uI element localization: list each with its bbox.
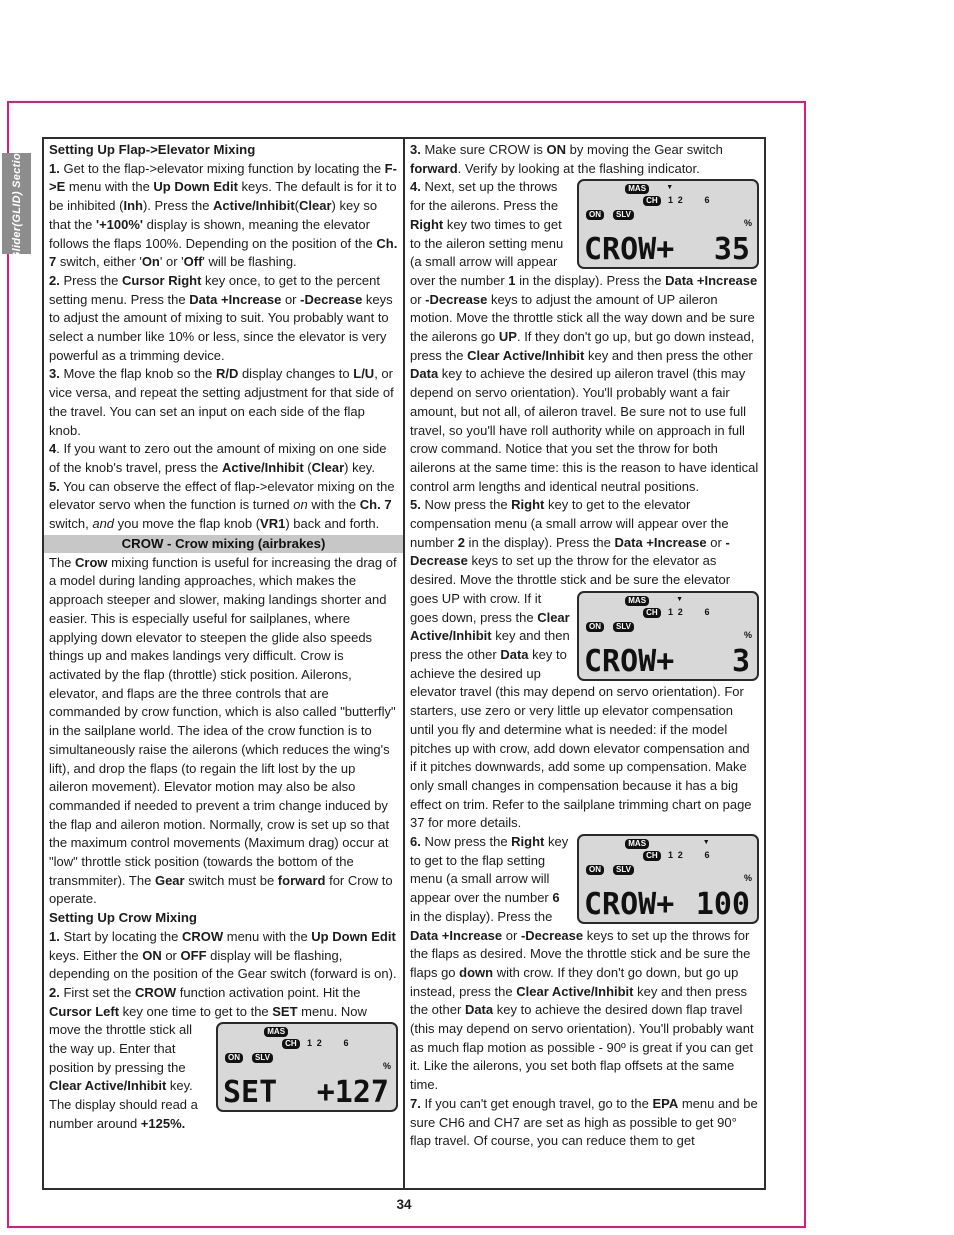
lcd-number: 35 xyxy=(714,235,750,265)
lcd-value: CROW+35 xyxy=(584,235,750,265)
manual-page: Glider(GLID) Section Setting Up Flap->El… xyxy=(0,0,954,1235)
lcd-number: 3 xyxy=(732,647,750,677)
paragraph: 3. Move the flap knob so the R/D display… xyxy=(49,365,398,440)
channel-number-1: 1 xyxy=(668,607,673,618)
slv-badge: SLV xyxy=(613,210,634,220)
paragraph: 2. Press the Cursor Right key once, to g… xyxy=(49,272,398,366)
on-badge: ON xyxy=(225,1053,243,1063)
channel-number-2: 2 xyxy=(317,1038,322,1049)
lcd-number: +127 xyxy=(317,1078,389,1108)
section-heading: Setting Up Crow Mixing xyxy=(49,909,398,928)
glider-section-tab-label: Glider(GLID) Section xyxy=(11,146,23,260)
lcd-display-crow-100: MASCH126ONSLV%▼CROW+100 xyxy=(577,834,759,924)
lcd-label: SET xyxy=(223,1078,277,1108)
lcd-value: CROW+100 xyxy=(584,890,750,920)
section-bar: CROW - Crow mixing (airbrakes) xyxy=(44,535,403,553)
channel-number-6: 6 xyxy=(343,1038,348,1049)
paragraph: The Crow mixing function is useful for i… xyxy=(49,554,398,909)
paragraph: 2. First set the CROW function activatio… xyxy=(49,984,398,1021)
channel-number-6: 6 xyxy=(704,850,709,861)
arrow-indicator: ▼ xyxy=(703,839,710,847)
on-badge: ON xyxy=(586,622,604,632)
content-table: Setting Up Flap->Elevator Mixing1. Get t… xyxy=(42,137,766,1190)
percent-sign: % xyxy=(744,626,752,645)
channel-number-2: 2 xyxy=(678,850,683,861)
ch-badge: CH xyxy=(282,1039,300,1049)
paragraph: 7. If you can't get enough travel, go to… xyxy=(410,1095,759,1151)
on-badge: ON xyxy=(586,210,604,220)
lcd-display-crow-3: MASCH126ONSLV%▼CROW+3 xyxy=(577,591,759,681)
channel-number-1: 1 xyxy=(307,1038,312,1049)
arrow-indicator: ▼ xyxy=(676,596,683,604)
mas-badge: MAS xyxy=(625,184,649,194)
ch-badge: CH xyxy=(643,608,661,618)
channel-number-6: 6 xyxy=(704,195,709,206)
lcd-label: CROW+ xyxy=(584,890,674,920)
slv-badge: SLV xyxy=(252,1053,273,1063)
lcd-label: CROW+ xyxy=(584,647,674,677)
section-heading: Setting Up Flap->Elevator Mixing xyxy=(49,141,398,160)
paragraph: 4. If you want to zero out the amount of… xyxy=(49,440,398,477)
ch-badge: CH xyxy=(643,851,661,861)
percent-sign: % xyxy=(744,869,752,888)
arrow-indicator: ▼ xyxy=(666,184,673,192)
channel-number-2: 2 xyxy=(678,607,683,618)
glider-section-tab: Glider(GLID) Section xyxy=(2,153,31,254)
page-number: 34 xyxy=(42,1197,766,1212)
percent-sign: % xyxy=(744,214,752,233)
lcd-display-crow-35: MASCH126ONSLV%▼CROW+35 xyxy=(577,179,759,269)
mas-badge: MAS xyxy=(625,839,649,849)
mas-badge: MAS xyxy=(264,1027,288,1037)
slv-badge: SLV xyxy=(613,865,634,875)
lcd-number: 100 xyxy=(696,890,750,920)
paragraph: 3. Make sure CROW is ON by moving the Ge… xyxy=(410,141,759,178)
channel-number-6: 6 xyxy=(704,607,709,618)
lcd-value: SET+127 xyxy=(223,1078,389,1108)
lcd-display-set-127: MASCH126ONSLV%SET+127 xyxy=(216,1022,398,1112)
paragraph: 1. Start by locating the CROW menu with … xyxy=(49,928,398,984)
lcd-label: CROW+ xyxy=(584,235,674,265)
column-left: Setting Up Flap->Elevator Mixing1. Get t… xyxy=(44,139,405,1188)
mas-badge: MAS xyxy=(625,596,649,606)
paragraph: 5. You can observe the effect of flap->e… xyxy=(49,478,398,534)
paragraph: 1. Get to the flap->elevator mixing func… xyxy=(49,160,398,272)
on-badge: ON xyxy=(586,865,604,875)
channel-number-1: 1 xyxy=(668,850,673,861)
channel-number-2: 2 xyxy=(678,195,683,206)
slv-badge: SLV xyxy=(613,622,634,632)
lcd-value: CROW+3 xyxy=(584,647,750,677)
paragraph: 5. Now press the Right key to get to the… xyxy=(410,496,759,590)
ch-badge: CH xyxy=(643,196,661,206)
column-right: 3. Make sure CROW is ON by moving the Ge… xyxy=(405,139,764,1188)
channel-number-1: 1 xyxy=(668,195,673,206)
percent-sign: % xyxy=(383,1057,391,1076)
